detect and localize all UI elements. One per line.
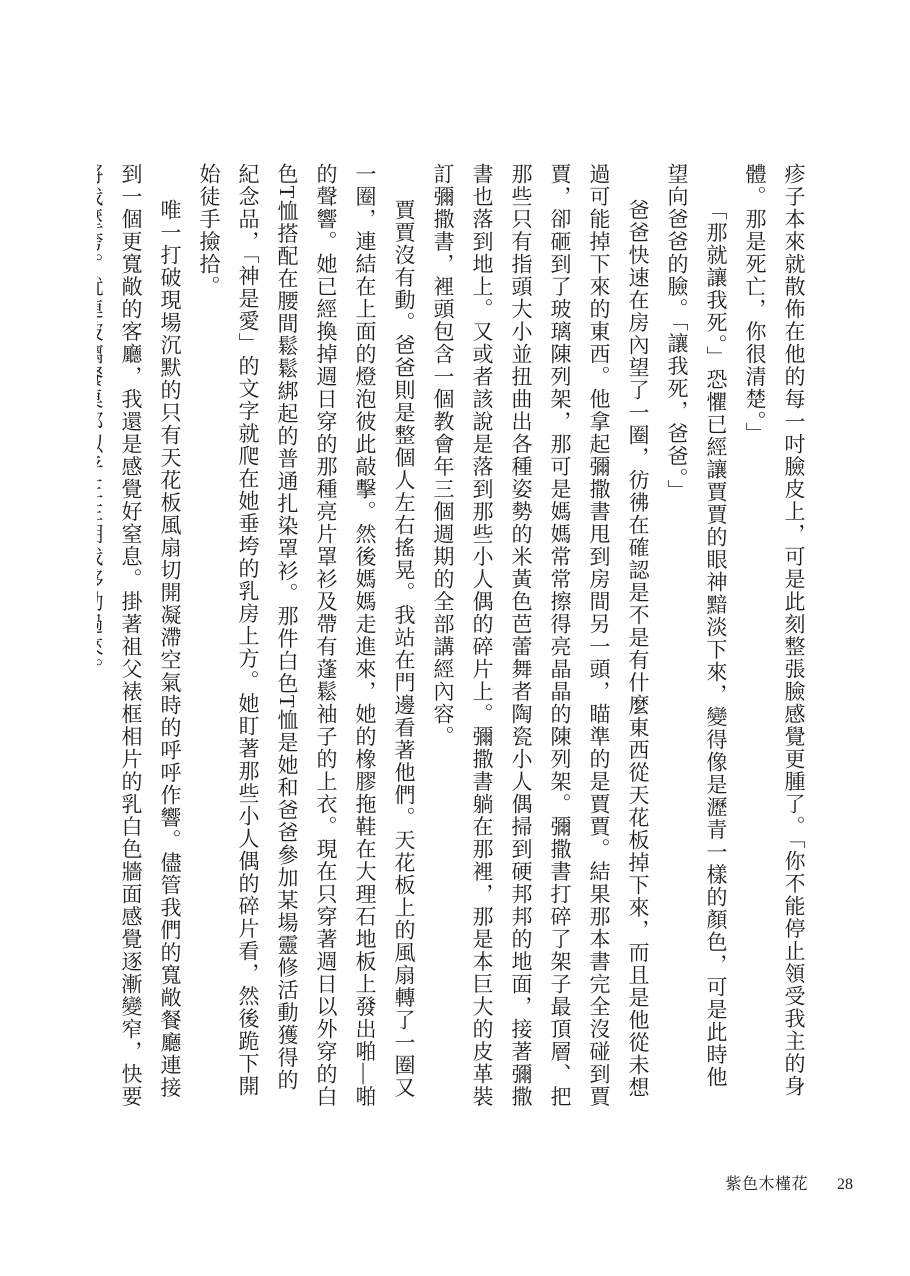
paragraph: 爸爸快速在房內望了一圈，彷彿在確認是不是有什麼東西從天花板掉下來，而且是他從未想…: [423, 163, 657, 1109]
paragraph: 唯一打破現場沉默的只有天花板風扇切開凝滯空氣時的呼呼作響。儘管我們的寬敞餐廳連接…: [97, 163, 189, 1109]
page-number: 28: [837, 1176, 853, 1194]
page-text: 疹子本來就散佈在他的每一吋臉皮上，可是此刻整張臉感覺更腫了。「你不能停止領受我主…: [97, 163, 813, 1109]
paragraph: 「那就讓我死。」恐懼已經讓賈賈的眼神黯淡下來，變得像是瀝青一樣的顏色，可是此時他…: [657, 163, 735, 1109]
paragraph: 賈賈沒有動。爸爸則是整個人左右搖晃。我站在門邊看著他們。天花板上的風扇轉了一圈又…: [189, 163, 423, 1109]
page-footer: 紫色木槿花 28: [725, 1171, 853, 1194]
book-title: 紫色木槿花: [725, 1171, 808, 1194]
book-page: 疹子本來就散佈在他的每一吋臉皮上，可是此刻整張臉感覺更腫了。「你不能停止領受我主…: [0, 0, 910, 1276]
paragraph: 疹子本來就散佈在他的每一吋臉皮上，可是此刻整張臉感覺更腫了。「你不能停止領受我主…: [735, 163, 813, 1109]
